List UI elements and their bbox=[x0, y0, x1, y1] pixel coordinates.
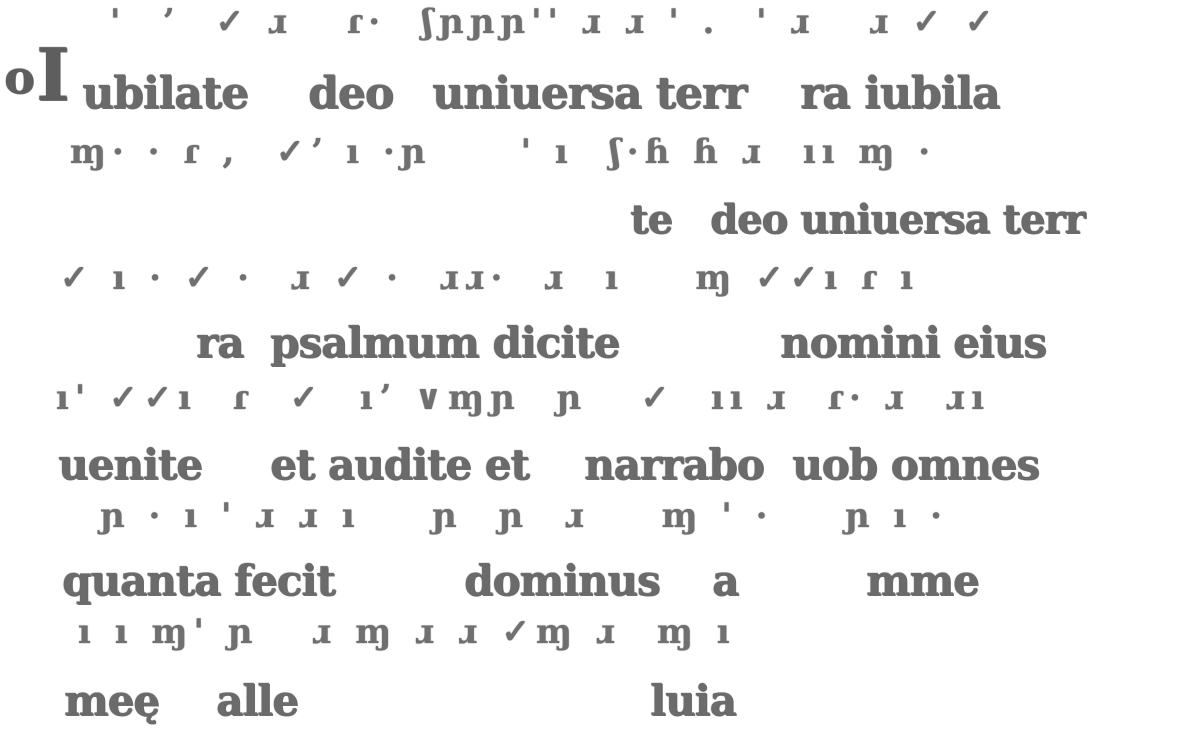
decorated-initial-prefix: o bbox=[4, 50, 35, 104]
text-line-1-word-4: ra iubila bbox=[800, 68, 999, 119]
text-line-1-word-3: uniuersa terr bbox=[432, 68, 746, 119]
text-line-3-word-2: psalmum dicite bbox=[270, 318, 619, 367]
neume-row-5: ɲ · ı ' ɹ ɹ ı ɲ ɲ ɹ ɱ ' · ɲ ı · bbox=[100, 496, 948, 536]
text-line-3-word-3: nomini eius bbox=[780, 318, 1046, 367]
neume-row-1: ' ʼ ✓ ɹ ɾ· ʃɲɲɲ'' ɹ ɹ ' . ' ɹ ɹ ✓ ✓ bbox=[110, 2, 999, 42]
text-line-4-word-2: et audite et bbox=[270, 440, 529, 489]
manuscript-page: ' ʼ ✓ ɹ ɾ· ʃɲɲɲ'' ɹ ɹ ' . ' ɹ ɹ ✓ ✓ o I … bbox=[0, 0, 1184, 740]
text-line-5-word-2: dominus bbox=[464, 556, 660, 605]
decorated-initial: I bbox=[36, 32, 70, 117]
neume-row-2: ɱ· · ɾ , ✓ʼ ı ·ɲ ' ı ʃ·ɦ ɦ ɹ ıı ɱ · bbox=[70, 132, 936, 172]
text-line-1-word-1: ubilate bbox=[82, 68, 248, 119]
neume-row-3: ✓ ı · ✓ · ɹ ✓ · ɹɹ· ɹ ı ɱ ✓✓ı ɾ ı bbox=[60, 258, 919, 298]
text-line-2-word-2: deo uniuersa terr bbox=[710, 196, 1084, 243]
text-line-5-word-1: quanta fecit bbox=[62, 556, 335, 605]
text-line-6-word-1: meę bbox=[64, 676, 159, 725]
neume-row-6: ı ı ɱ' ɲ ɹ ɱ ɹ ɹ ✓ɱ ɹ ɱ ı bbox=[78, 612, 736, 652]
text-line-4-word-3: narrabo bbox=[584, 440, 764, 489]
text-line-5-word-3: a bbox=[712, 556, 738, 605]
text-line-4-word-1: uenite bbox=[58, 440, 202, 489]
text-line-3-word-1: ra bbox=[196, 318, 243, 367]
text-line-6-word-3: luia bbox=[650, 676, 736, 725]
text-line-2-word-1: te bbox=[630, 196, 672, 243]
text-line-5-word-4: mme bbox=[866, 556, 979, 605]
text-line-6-word-2: alle bbox=[216, 676, 298, 725]
neume-row-4: ı' ✓✓ı ɾ ✓ ıʼ ∨ɱɲ ɲ ✓ ıı ɹ ɾ· ɹ ɹı bbox=[56, 378, 990, 418]
text-line-1-word-2: deo bbox=[308, 68, 393, 119]
text-line-4-word-4: uob omnes bbox=[792, 440, 1039, 489]
